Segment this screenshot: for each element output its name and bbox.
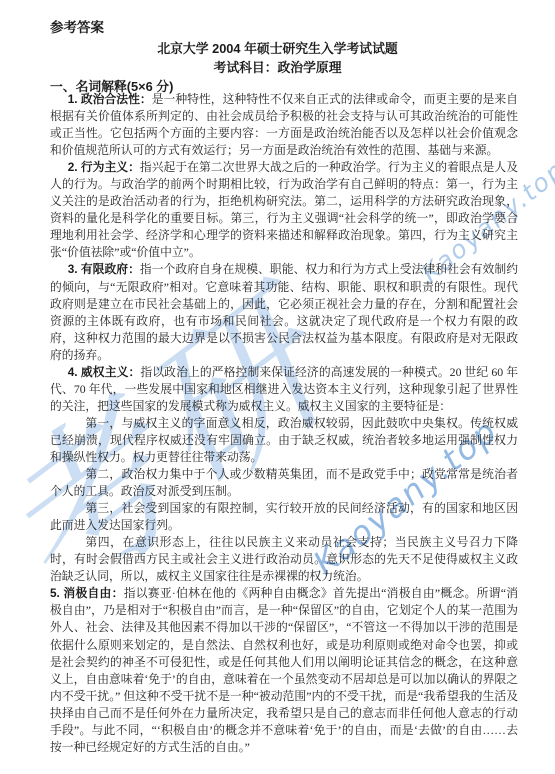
authoritarianism-point-2: 第二，政治权力集中于个人或少数精英集团，而不是政党手中；政党常常是统治者个人的工… bbox=[50, 466, 518, 500]
answer-body: 1. 政治合法性：是一种特性，这种特性不仅来自正式的法律或命令，而更主要的是来自… bbox=[50, 91, 518, 756]
term-label-limited-government: 3. 有限政府： bbox=[68, 262, 140, 276]
reference-answers-heading: 参考答案 bbox=[50, 16, 104, 36]
exam-title: 北京大学 2004 年硕士研究生入学考试试题 bbox=[0, 38, 555, 57]
exam-subject: 考试科目：政治学原理 bbox=[0, 57, 555, 76]
authoritarianism-point-4: 第四，在意识形态上，往往以民族主义来动员社会支持；当民族主义号召力下降时，有时会… bbox=[50, 534, 518, 585]
term-label-political-legitimacy: 1. 政治合法性： bbox=[68, 92, 152, 106]
term-definition-behavioralism: 指兴起于在第二次世界大战之后的一种政治学。行为主义的着眼点是人及人的行为。与政治… bbox=[50, 160, 518, 259]
term-label-authoritarianism: 4. 威权主义： bbox=[68, 365, 141, 379]
term-definition-limited-government: 指一个政府自身在规模、职能、权力和行为方式上受法律和社会有效制约的倾向，与“无限… bbox=[50, 262, 518, 361]
authoritarianism-point-3: 第三，社会受到国家的有限控制，实行较开放的民间经济活动，有的国家和地区因此而进入… bbox=[50, 500, 518, 534]
document-page: 考研 Kaoyany.top Kaoyany.top 参考答案 北京大学 200… bbox=[0, 0, 555, 774]
term-paragraph-limited-government: 3. 有限政府：指一个政府自身在规模、职能、权力和行为方式上受法律和社会有效制约… bbox=[50, 261, 518, 363]
term-paragraph-negative-liberty: 5. 消极自由：指以赛亚·伯林在他的《两种自由概念》首先提出“消极自由”概念。所… bbox=[50, 585, 518, 755]
term-definition-negative-liberty: 指以赛亚·伯林在他的《两种自由概念》首先提出“消极自由”概念。所谓“消极自由”，… bbox=[50, 586, 518, 753]
term-label-negative-liberty: 5. 消极自由： bbox=[50, 586, 124, 600]
term-paragraph-behavioralism: 2. 行为主义：指兴起于在第二次世界大战之后的一种政治学。行为主义的着眼点是人及… bbox=[50, 159, 518, 261]
term-paragraph-political-legitimacy: 1. 政治合法性：是一种特性，这种特性不仅来自正式的法律或命令，而更主要的是来自… bbox=[50, 91, 518, 159]
term-paragraph-authoritarianism: 4. 威权主义：指以政治上的严格控制来保证经济的高速发展的一种模式。20 世纪 … bbox=[50, 364, 518, 415]
term-label-behavioralism: 2. 行为主义： bbox=[68, 160, 140, 174]
authoritarianism-point-1: 第一，与威权主义的字面意义相反，政治威权较弱，因此鼓吹中央集权。传统权威已经崩溃… bbox=[50, 415, 518, 466]
